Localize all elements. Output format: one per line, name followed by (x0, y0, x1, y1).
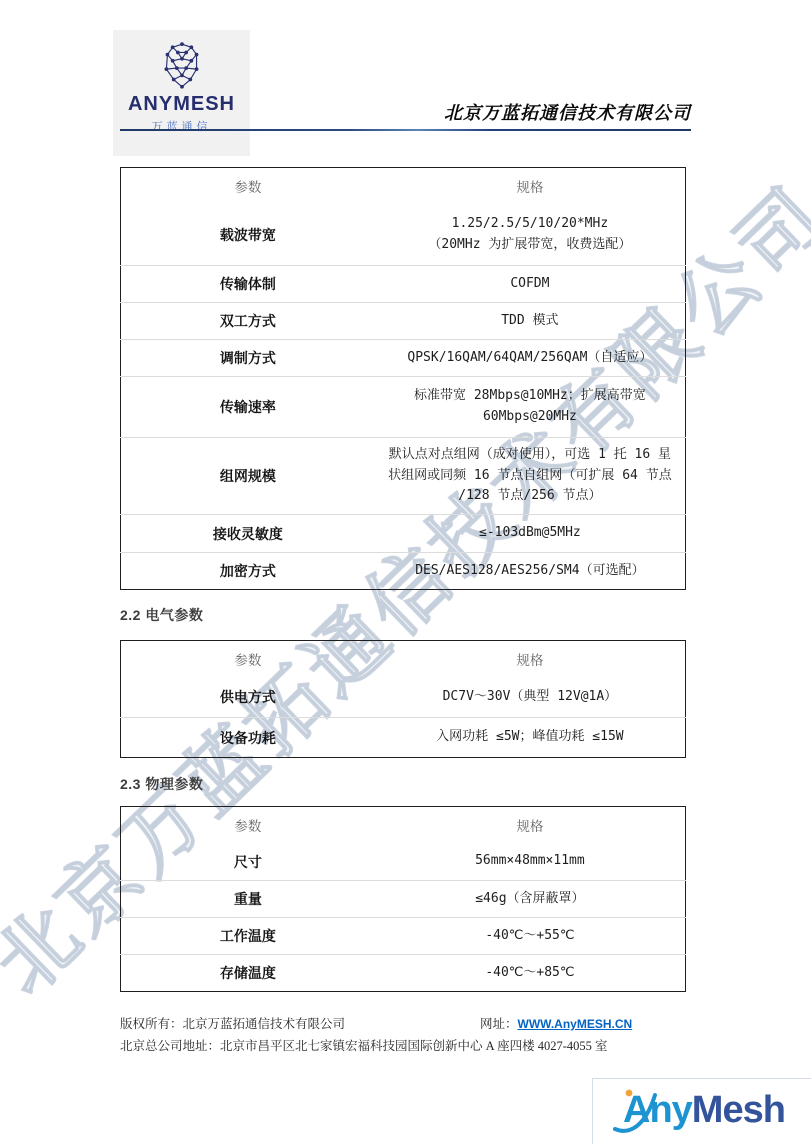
param-cell: 载波带宽 (121, 205, 375, 266)
table-row: 重量 ≤46g（含屏蔽罩） (121, 881, 686, 918)
table-row: 传输速率 标准带宽 28Mbps@10MHz；扩展高带宽 60Mbps@20MH… (121, 377, 686, 438)
header-rule (120, 129, 691, 131)
param-column-header: 参数 (121, 807, 375, 844)
spec-cell: 标准带宽 28Mbps@10MHz；扩展高带宽 60Mbps@20MHz (375, 377, 686, 438)
table-row: 双工方式 TDD 模式 (121, 303, 686, 340)
param-cell: 尺寸 (121, 844, 375, 881)
section-heading-electrical: 2.2 电气参数 (120, 605, 203, 625)
param-cell: 调制方式 (121, 340, 375, 377)
table-header-row: 参数 规格 (121, 807, 686, 844)
table-row: 接收灵敏度 ≤-103dBm@5MHz (121, 515, 686, 553)
electrical-spec-table: 参数 规格 供电方式 DC7V～30V（典型 12V@1A） 设备功耗 入网功耗… (120, 640, 686, 758)
spec-cell: ≤-103dBm@5MHz (375, 515, 686, 553)
anymesh-footer-logo: AnyMesh (592, 1078, 811, 1144)
table-row: 工作温度 -40℃～+55℃ (121, 918, 686, 955)
spec-cell: TDD 模式 (375, 303, 686, 340)
spec-cell: 56mm×48mm×11mm (375, 844, 686, 881)
rf-spec-table: 参数 规格 载波带宽 1.25/2.5/5/10/20*MHz （20MHz 为… (120, 167, 686, 590)
spec-column-header: 规格 (375, 807, 686, 844)
address-text: 北京总公司地址：北京市昌平区北七家镇宏福科技园国际创新中心 A 座四楼 4027… (120, 1035, 695, 1057)
param-cell: 工作温度 (121, 918, 375, 955)
spec-cell: 入网功耗 ≤5W；峰值功耗 ≤15W (375, 718, 686, 758)
param-cell: 重量 (121, 881, 375, 918)
table-header-row: 参数 规格 (121, 168, 686, 205)
physical-spec-table: 参数 规格 尺寸 56mm×48mm×11mm 重量 ≤46g（含屏蔽罩） 工作… (120, 806, 686, 992)
param-cell: 加密方式 (121, 553, 375, 590)
param-column-header: 参数 (121, 168, 375, 205)
spec-column-header: 规格 (375, 641, 686, 678)
param-cell: 存储温度 (121, 955, 375, 992)
section-heading-physical: 2.3 物理参数 (120, 774, 203, 794)
spec-cell: DC7V～30V（典型 12V@1A） (375, 678, 686, 718)
brand-any-text: Any (623, 1089, 692, 1131)
page-footer: 版权所有：北京万蓝拓通信技术有限公司 网址：WWW.AnyMESH.CN 北京总… (120, 1013, 695, 1057)
param-column-header: 参数 (121, 641, 375, 678)
param-cell: 传输速率 (121, 377, 375, 438)
param-cell: 传输体制 (121, 266, 375, 303)
spec-cell: ≤46g（含屏蔽罩） (375, 881, 686, 918)
table-row: 供电方式 DC7V～30V（典型 12V@1A） (121, 678, 686, 718)
table-header-row: 参数 规格 (121, 641, 686, 678)
anymesh-logo: ANYMESH 万蓝通信 (113, 30, 250, 156)
spec-cell: QPSK/16QAM/64QAM/256QAM（自适应） (375, 340, 686, 377)
spec-cell: 默认点对点组网（成对使用），可选 1 托 16 星 状组网或同频 16 节点自组… (375, 438, 686, 515)
table-row: 调制方式 QPSK/16QAM/64QAM/256QAM（自适应） (121, 340, 686, 377)
spec-cell: 1.25/2.5/5/10/20*MHz （20MHz 为扩展带宽，收费选配） (375, 205, 686, 266)
param-cell: 供电方式 (121, 678, 375, 718)
table-row: 载波带宽 1.25/2.5/5/10/20*MHz （20MHz 为扩展带宽，收… (121, 205, 686, 266)
spec-cell: COFDM (375, 266, 686, 303)
table-row: 设备功耗 入网功耗 ≤5W；峰值功耗 ≤15W (121, 718, 686, 758)
table-row: 加密方式 DES/AES128/AES256/SM4（可选配） (121, 553, 686, 590)
website-link[interactable]: WWW.AnyMESH.CN (518, 1017, 633, 1031)
copyright-text: 版权所有：北京万蓝拓通信技术有限公司 (120, 1017, 345, 1031)
company-name: 北京万蓝拓通信技术有限公司 (0, 99, 691, 125)
spec-cell: -40℃～+85℃ (375, 955, 686, 992)
param-cell: 接收灵敏度 (121, 515, 375, 553)
param-cell: 设备功耗 (121, 718, 375, 758)
brand-mesh-text: Mesh (692, 1089, 785, 1131)
table-row: 尺寸 56mm×48mm×11mm (121, 844, 686, 881)
param-cell: 双工方式 (121, 303, 375, 340)
spec-cell: DES/AES128/AES256/SM4（可选配） (375, 553, 686, 590)
spec-column-header: 规格 (375, 168, 686, 205)
param-cell: 组网规模 (121, 438, 375, 515)
mesh-network-icon (159, 40, 205, 92)
table-row: 组网规模 默认点对点组网（成对使用），可选 1 托 16 星 状组网或同频 16… (121, 438, 686, 515)
table-row: 传输体制 COFDM (121, 266, 686, 303)
spec-cell: -40℃～+55℃ (375, 918, 686, 955)
website-label: 网址： (480, 1017, 518, 1031)
table-row: 存储温度 -40℃～+85℃ (121, 955, 686, 992)
